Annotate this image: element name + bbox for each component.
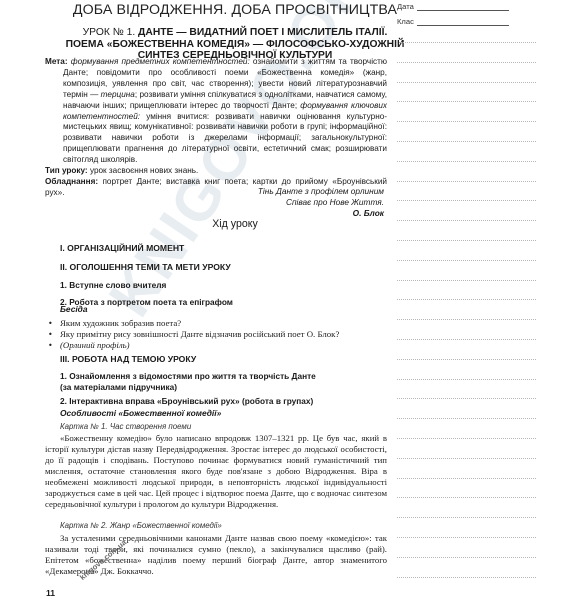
answer-text: (Орлиний профіль) xyxy=(60,340,130,350)
question-answer: (Орлиний профіль) xyxy=(48,340,398,351)
note-line xyxy=(397,398,536,399)
note-line xyxy=(397,438,536,439)
note-line xyxy=(397,121,536,122)
note-line xyxy=(397,42,536,43)
class-line xyxy=(417,17,509,26)
equipment-label: Обладнання: xyxy=(45,177,98,186)
date-field: Дата xyxy=(397,2,509,11)
card1-text: «Божественну комедію» було написано впро… xyxy=(45,433,387,510)
lesson-number: УРОК № 1. xyxy=(83,27,138,38)
question-item: Яку примітну рису зовнішності Данте відз… xyxy=(48,329,398,340)
card1-paragraph: «Божественну комедію» було написано впро… xyxy=(45,433,387,510)
note-line xyxy=(397,577,536,578)
subsection-intro: 1. Вступне слово вчителя xyxy=(60,280,166,290)
lesson-title-line1: ДАНТЕ — ВИДАТНИЙ ПОЕТ І МИСЛИТЕЛЬ ІТАЛІЇ… xyxy=(138,27,387,38)
note-line xyxy=(397,458,536,459)
note-line xyxy=(397,537,536,538)
note-line xyxy=(397,319,536,320)
subsection-biography-line2: (за матеріалами підручника) xyxy=(60,382,316,393)
subsection-biography-line1: 1. Ознайомлення з відомостями про життя … xyxy=(60,371,316,382)
note-line xyxy=(397,161,536,162)
note-line xyxy=(397,280,536,281)
section-heading-2: II. ОГОЛОШЕННЯ ТЕМИ ТА МЕТИ УРОКУ xyxy=(60,262,231,272)
subsection-brownian: 2. Інтерактивна вправа «Броунівський рух… xyxy=(60,396,313,406)
epigraph-line: Співає про Нове Життя. xyxy=(200,197,384,208)
note-line xyxy=(397,141,536,142)
note-line xyxy=(397,200,536,201)
note-line xyxy=(397,299,536,300)
note-line xyxy=(397,497,536,498)
epigraph-line: Тінь Данте з профілем орлиним xyxy=(200,186,384,197)
note-line xyxy=(397,517,536,518)
note-line xyxy=(397,260,536,261)
conversation-title: Бесіда xyxy=(60,304,88,314)
note-line xyxy=(397,379,536,380)
section-heading-1: I. ОРГАНІЗАЦІЙНИЙ МОМЕНТ xyxy=(60,243,184,253)
note-line xyxy=(397,240,536,241)
goal-paragraph: Мета: формування предметних компетентнос… xyxy=(45,57,387,166)
lesson-type-label: Тип уроку: xyxy=(45,166,88,175)
epigraph: Тінь Данте з профілем орлиним Співає про… xyxy=(200,186,384,218)
card1-title: Картка № 1. Час створення поеми xyxy=(60,422,191,431)
class-field: Клас xyxy=(397,17,509,26)
goal-subject-label: формування предметних компетентностей: xyxy=(71,57,250,66)
date-line xyxy=(417,2,509,11)
note-line xyxy=(397,339,536,340)
textbook-page: KNIGOVO.ORG.UA ДОБА ВІДРОДЖЕННЯ. ДОБА ПР… xyxy=(0,0,571,600)
course-heading: Хід уроку xyxy=(40,218,430,230)
goal-term: терцина xyxy=(101,90,135,99)
features-heading: Особливості «Божественної комедії» xyxy=(60,408,221,418)
note-line xyxy=(397,478,536,479)
card2-title: Картка № 2. Жанр «Божественної комедії» xyxy=(60,521,222,530)
section-title: ДОБА ВІДРОДЖЕННЯ. ДОБА ПРОСВІТНИЦТВА xyxy=(40,2,430,18)
subsection-biography: 1. Ознайомлення з відомостями про життя … xyxy=(60,371,316,393)
note-line xyxy=(397,359,536,360)
lesson-title-line2: ПОЕМА «БОЖЕСТВЕННА КОМЕДІЯ» — ФІЛОСОФСЬК… xyxy=(40,39,430,51)
note-line xyxy=(397,62,536,63)
note-line xyxy=(397,557,536,558)
note-line xyxy=(397,181,536,182)
lesson-type-value: урок засвоєння нових знань. xyxy=(88,166,199,175)
class-label: Клас xyxy=(397,17,414,26)
lesson-goals: Мета: формування предметних компетентнос… xyxy=(45,57,387,199)
epigraph-author: О. Блок xyxy=(200,208,384,219)
lesson-type: Тип уроку: урок засвоєння нових знань. xyxy=(45,166,387,177)
note-line xyxy=(397,418,536,419)
date-label: Дата xyxy=(397,2,414,11)
page-number: 11 xyxy=(46,588,55,598)
question-list: Яким художник зобразив поета? Яку приміт… xyxy=(48,318,398,351)
question-item: Яким художник зобразив поета? xyxy=(48,318,398,329)
goal-label: Мета: xyxy=(45,57,68,66)
note-line xyxy=(397,82,536,83)
note-line xyxy=(397,101,536,102)
section-heading-3: III. РОБОТА НАД ТЕМОЮ УРОКУ xyxy=(60,354,196,364)
